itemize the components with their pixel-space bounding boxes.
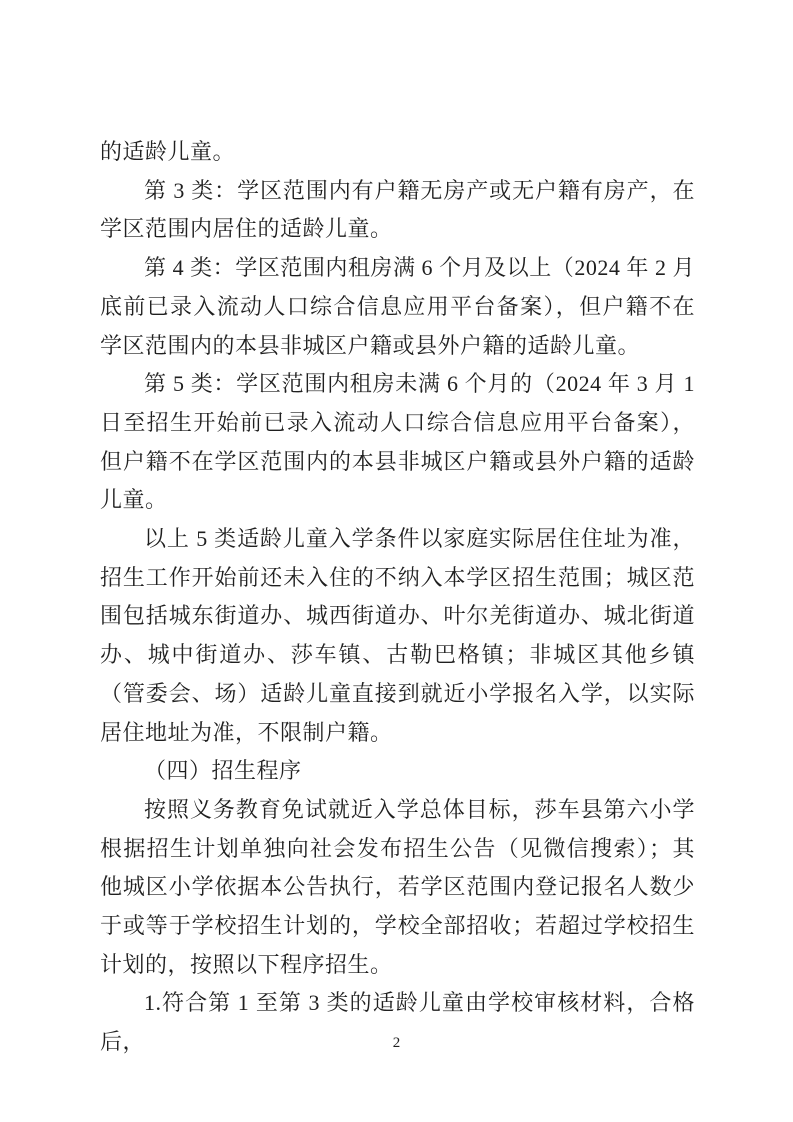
document-page: 的适龄儿童。第 3 类：学区范围内有户籍无房产或无户籍有房产，在学区范围内居住的… xyxy=(0,0,793,1122)
paragraph: 第 3 类：学区范围内有户籍无房产或无户籍有房产，在学区范围内居住的适龄儿童。 xyxy=(100,172,695,249)
paragraph: 第 4 类：学区范围内租房满 6 个月及以上（2024 年 2 月底前已录入流动… xyxy=(100,249,695,365)
paragraph: 按照义务教育免试就近入学总体目标，莎车县第六小学根据招生计划单独向社会发布招生公… xyxy=(100,791,695,985)
paragraph: （四）招生程序 xyxy=(100,752,695,791)
paragraph: 第 5 类：学区范围内租房未满 6 个月的（2024 年 3 月 1 日至招生开… xyxy=(100,365,695,520)
document-body: 的适龄儿童。第 3 类：学区范围内有户籍无房产或无户籍有房产，在学区范围内居住的… xyxy=(100,133,695,1062)
page-number: 2 xyxy=(0,1035,793,1052)
paragraph: 以上 5 类适龄儿童入学条件以家庭实际居住住址为准，招生工作开始前还未入住的不纳… xyxy=(100,520,695,752)
paragraph: 的适龄儿童。 xyxy=(100,133,695,172)
